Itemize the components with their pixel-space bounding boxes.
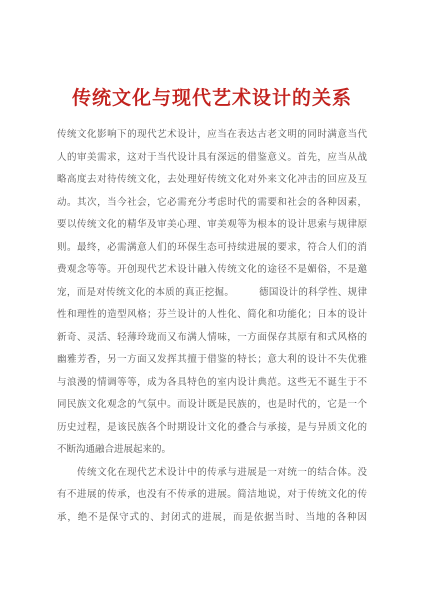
document-body: 传统文化影响下的现代艺术设计，应当在表达古老文明的同时满意当代人的审美需求，这对… — [57, 124, 367, 529]
text-line: 宠，而是对传统文化的本质的真正挖掘。 德国设计的科学性、规律 — [57, 282, 367, 305]
text-line: 则。最终，必需满意人们的环保生态可持续进展的要求，符合人们的消 — [57, 237, 367, 260]
text-line: 动。其次，当今社会，它必需充分考虑时代的需要和社会的各种因素， — [57, 192, 367, 215]
text-line: 不断沟通融合进展起来的。 — [57, 439, 367, 462]
text-line: 有不进展的传承，也没有不传承的进展。简洁地说，对于传统文化的传 — [57, 484, 367, 507]
text-line: 略高度去对待传统文化，去处理好传统文化对外来文化冲击的回应及互 — [57, 169, 367, 192]
paragraph: 传统文化在现代艺术设计中的传承与进展是一对统一的结合体。没有不进展的传承，也没有… — [57, 462, 367, 530]
paragraph: 传统文化影响下的现代艺术设计，应当在表达古老文明的同时满意当代人的审美需求，这对… — [57, 124, 367, 462]
text-line: 要以传统文化的精华及审美心理、审美观等为根本的设计思索与规律原 — [57, 214, 367, 237]
document-page: 传统文化与现代艺术设计的关系 传统文化影响下的现代艺术设计，应当在表达古老文明的… — [0, 0, 424, 600]
text-line: 性和理性的造型风格；芬兰设计的人性化、简化和功能化；日本的设计 — [57, 304, 367, 327]
text-line: 与浪漫的情调等等，成为各具特色的室内设计典范。这些无不诞生于不 — [57, 372, 367, 395]
text-line: 幽雅芳香，另一方面又发挥其擅于借鉴的特长；意大利的设计不失优雅 — [57, 349, 367, 372]
text-line: 新奇、灵活、轻薄玲珑而又布满人情味，一方面保存其原有和式风格的 — [57, 327, 367, 350]
page-title: 传统文化与现代艺术设计的关系 — [0, 0, 424, 112]
text-line: 同民族文化观念的气氛中。而设计既是民族的，也是时代的，它是一个 — [57, 394, 367, 417]
text-line: 人的审美需求，这对于当代设计具有深远的借鉴意义。首先，应当从战 — [57, 147, 367, 170]
text-line: 传统文化在现代艺术设计中的传承与进展是一对统一的结合体。没 — [57, 462, 367, 485]
text-line: 承，绝不是保守式的、封闭式的进展，而是依据当时、当地的各种因 — [57, 507, 367, 530]
text-line: 传统文化影响下的现代艺术设计，应当在表达古老文明的同时满意当代 — [57, 124, 367, 147]
text-line: 费观念等等。开创现代艺术设计融入传统文化的途径不是媚俗，不是邀 — [57, 259, 367, 282]
text-line: 历史过程，是该民族各个时期设计文化的叠合与承接，是与异质文化的 — [57, 417, 367, 440]
